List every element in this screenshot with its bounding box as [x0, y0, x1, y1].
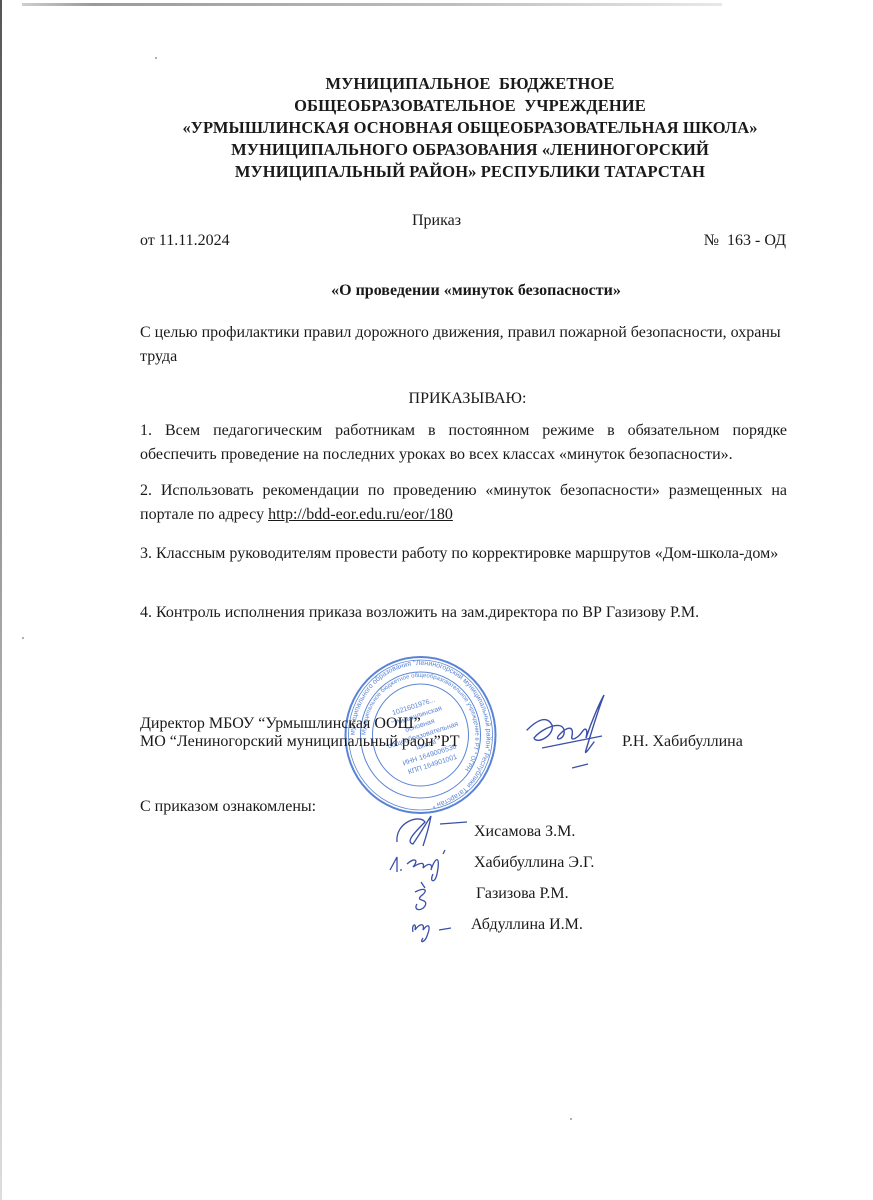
- order-item-3: 3. Классным руководителям провести работ…: [140, 542, 787, 566]
- order-item-2: 2. Использовать рекомендации по проведен…: [140, 479, 787, 527]
- document-date: от 11.11.2024: [140, 232, 230, 250]
- director-signature-block: Директор МБОУ “Урмышлинская ООШ” МО “Лен…: [140, 715, 460, 751]
- document-page: МУНИЦИПАЛЬНОЕ БЮДЖЕТНОЕ ОБЩЕОБРАЗОВАТЕЛЬ…: [0, 0, 873, 1200]
- header-line: «УРМЫШЛИНСКАЯ ОСНОВНАЯ ОБЩЕОБРАЗОВАТЕЛЬН…: [120, 117, 820, 139]
- director-signature-icon: [522, 690, 617, 775]
- acknowledged-person: Хисамова З.М.: [474, 823, 575, 841]
- acknowledgement-signatures-icon: [385, 812, 485, 962]
- order-item-1: 1. Всем педагогическим работникам в пост…: [140, 419, 787, 467]
- document-title: «О проведении «минуток безопасности»: [0, 282, 873, 300]
- order-item-4: 4. Контроль исполнения приказа возложить…: [140, 601, 787, 625]
- header-line: МУНИЦИПАЛЬНЫЙ РАЙОН» РЕСПУБЛИКИ ТАТАРСТА…: [120, 161, 820, 183]
- acknowledged-person: Хабибуллина Э.Г.: [474, 854, 594, 872]
- header-line: МУНИЦИПАЛЬНОЕ БЮДЖЕТНОЕ: [120, 73, 820, 95]
- director-title-line-2: МО “Лениногорский муниципальный раон”РТ: [140, 733, 460, 751]
- acknowledged-person: Абдуллина И.М.: [471, 916, 583, 934]
- director-name: Р.Н. Хабибуллина: [622, 733, 743, 751]
- director-title-line-1: Директор МБОУ “Урмышлинская ООШ”: [140, 715, 460, 733]
- order-heading: ПРИКАЗЫВАЮ:: [0, 390, 873, 408]
- preamble-paragraph: С целью профилактики правил дорожного дв…: [140, 321, 787, 369]
- portal-link[interactable]: http://bdd-eor.edu.ru/eor/180: [268, 506, 453, 523]
- scan-speck: [155, 57, 157, 59]
- acknowledgement-label: С приказом ознакомлены:: [140, 798, 316, 816]
- organization-header: МУНИЦИПАЛЬНОЕ БЮДЖЕТНОЕ ОБЩЕОБРАЗОВАТЕЛЬ…: [120, 73, 820, 183]
- acknowledged-person: Газизова Р.М.: [476, 885, 569, 903]
- header-line: МУНИЦИПАЛЬНОГО ОБРАЗОВАНИЯ «ЛЕНИНОГОРСКИ…: [120, 139, 820, 161]
- header-line: ОБЩЕОБРАЗОВАТЕЛЬНОЕ УЧРЕЖДЕНИЕ: [120, 95, 820, 117]
- document-number: № 163 - ОД: [704, 232, 786, 250]
- document-type: Приказ: [0, 212, 873, 230]
- order-item-2-text: 2. Использовать рекомендации по проведен…: [140, 482, 787, 523]
- scan-speck: [570, 1118, 572, 1120]
- scan-speck: [22, 637, 24, 639]
